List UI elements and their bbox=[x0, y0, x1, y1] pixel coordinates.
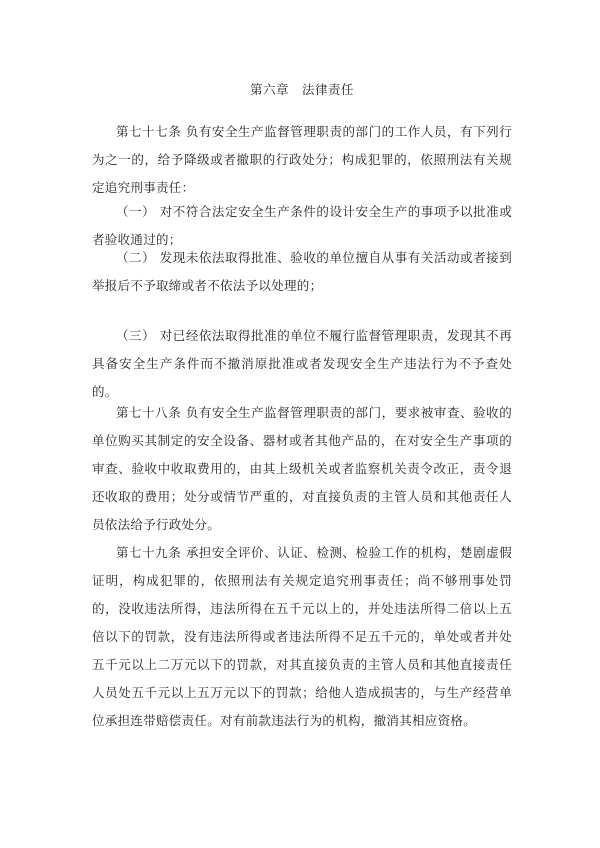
article-77: 第七十七条 负有安全生产监督管理职责的部门的工作人员，有下列行为之一的，给予降级… bbox=[92, 118, 512, 202]
article-77-item-3: （三） 对已经依法取得批准的单位不履行监督管理职责，发现其不再具备安全生产条件而… bbox=[92, 322, 512, 406]
article-79: 第七十九条 承担安全评价、认证、检测、检验工作的机构，楚剧虚假证明，构成犯罪的，… bbox=[92, 539, 512, 735]
article-77-item-2: （二） 发现未依法取得批准、验收的单位擅自从事有关活动或者接到举报后不予取缔或者… bbox=[92, 244, 512, 300]
chapter-title: 第六章 法律责任 bbox=[92, 80, 512, 98]
article-78: 第七十八条 负有安全生产监督管理职责的部门，要求被审查、验收的单位购买其制定的安… bbox=[92, 399, 512, 539]
